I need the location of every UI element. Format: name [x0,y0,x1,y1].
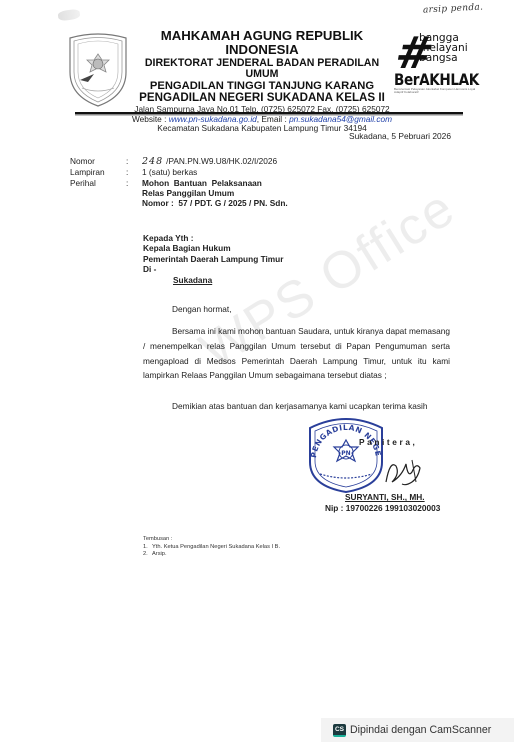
camscanner-icon: CS [333,724,346,737]
cc-item: 2.Arsip. [143,551,280,559]
perihal-label: Perihal [70,178,126,188]
cc-item: 1.Yth. Ketua Pengadilan Negeri Sukadana … [143,544,280,552]
recipient-block: Kepada Yth : Kepala Bagian Hukum Pemerin… [143,233,283,285]
separator: : [126,156,142,167]
cc-label: Tembusan : [143,536,280,544]
greeting: Dengan hormat, [172,304,232,314]
signer-name: SURYANTI, SH., MH. [345,492,425,502]
letter-date: Sukadana, 5 Pebruari 2026 [349,131,451,141]
website-link[interactable]: www.pn-sukadana.go.id [169,114,257,124]
camscanner-banner[interactable]: CS Dipindai dengan CamScanner [321,718,514,742]
svg-text:PN: PN [341,450,350,457]
nomor-handwritten: 248 [142,156,163,167]
official-stamp: PENGADILAN NEGERI SUKADANA PN [304,414,388,494]
meta-lampiran: Lampiran : 1 (satu) berkas [70,167,402,177]
recipient-di: Di - [143,264,283,274]
cc-list: Tembusan : 1.Yth. Ketua Pengadilan Neger… [143,536,280,559]
cc-item-number: 2. [143,551,152,559]
handwritten-signature [382,452,426,492]
letterhead: MAHKAMAH AGUNG REPUBLIK INDONESIA DIREKT… [128,29,396,134]
badge-slogan: bangga melayani bangsa [419,33,468,63]
scan-artifact [57,9,80,22]
letterhead-line-1: MAHKAMAH AGUNG REPUBLIK INDONESIA [128,29,396,58]
recipient-salutation: Kepada Yth : [143,233,283,243]
meta-nomor: Nomor : 248/PAN.PN.W9.U8/HK.02/I/2026 [70,156,402,167]
email-link[interactable]: pn.sukadana54@gmail.com [289,114,392,124]
meta-perihal: Perihal : Mohon Bantuan Pelaksanaan [70,178,402,188]
recipient-org: Pemerintah Daerah Lampung Timur [143,254,283,264]
badge-tagline: Berorientasi Pelayanan Akuntabel Kompete… [394,88,484,95]
letterhead-line-2: DIREKTORAT JENDERAL BADAN PERADILAN UMUM [128,58,396,81]
separator: : [126,178,142,188]
cc-item-text: Yth. Ketua Pengadilan Negeri Sukadana Ke… [152,544,280,550]
nomor-label: Nomor [70,156,126,167]
court-emblem-logo [64,30,132,108]
closing-line: Demikian atas bantuan dan kerjasamanya k… [172,401,428,411]
separator: : [126,167,142,177]
recipient-title: Kepala Bagian Hukum [143,243,283,253]
handwritten-note: arsip penda. [423,2,484,15]
perihal-line: Nomor : 57 / PDT. G / 2025 / PN. Sdn. [142,198,402,208]
signer-position: Panitera, [359,437,417,447]
email-label: , Email : [257,114,289,124]
lampiran-label: Lampiran [70,167,126,177]
website-label: Website : [132,114,169,124]
cc-item-text: Arsip. [152,551,167,557]
perihal-line: Relas Panggilan Umum [142,188,402,198]
slogan-line: bangsa [419,53,468,63]
letter-meta: Nomor : 248/PAN.PN.W9.U8/HK.02/I/2026 La… [70,156,402,208]
perihal-line: Mohon Bantuan Pelaksanaan [142,178,402,188]
letterhead-divider [75,112,463,114]
cc-item-number: 1. [143,544,152,552]
body-paragraph: Bersama ini kami mohon bantuan Saudara, … [143,324,450,383]
signer-nip: Nip : 19700226 199103020003 [325,503,440,513]
lampiran-value: 1 (satu) berkas [142,167,402,177]
nomor-value: /PAN.PN.W9.U8/HK.02/I/2026 [166,156,277,166]
camscanner-label: Dipindai dengan CamScanner [350,724,491,736]
